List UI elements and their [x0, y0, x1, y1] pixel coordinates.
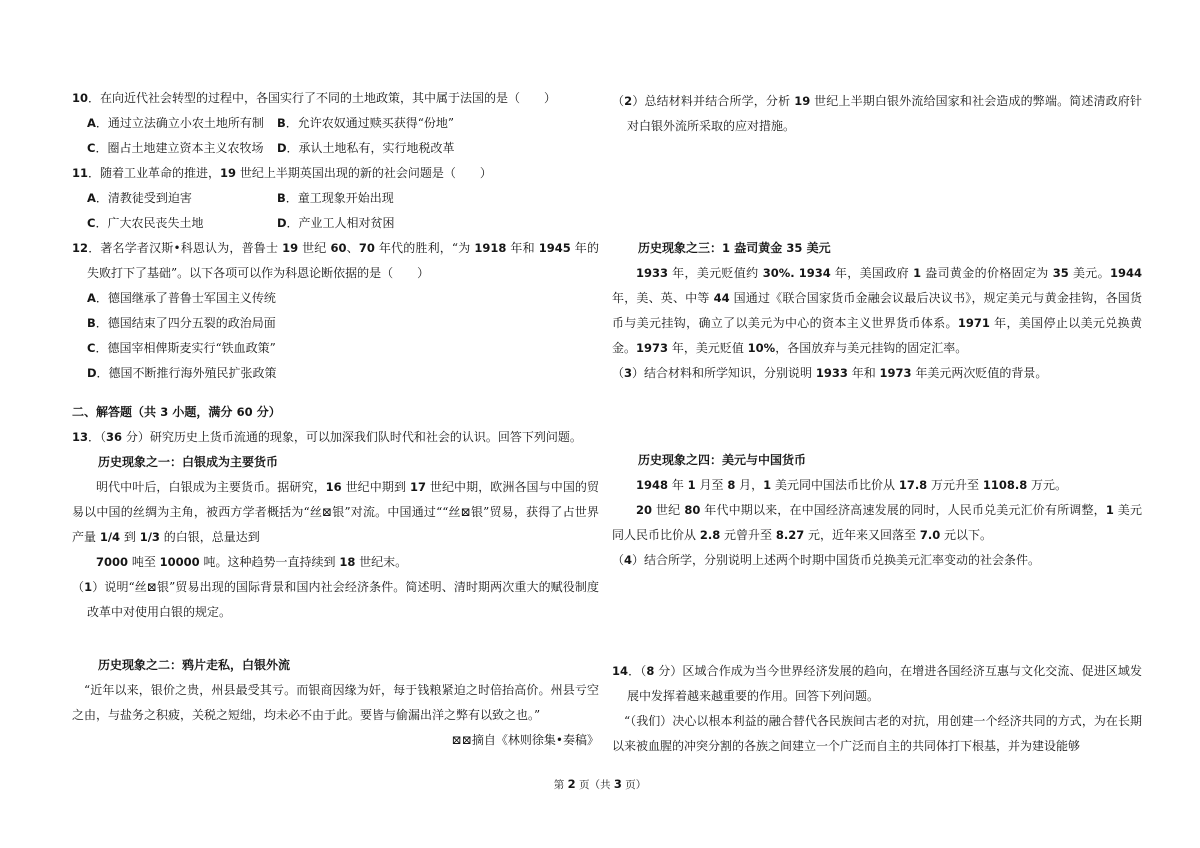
question-10-options-cd: C．圈占土地建立资本主义农牧场 D．承认土地私有，实行地税改革 — [72, 136, 599, 161]
question-12-option-c: C．德国宰相俾斯麦实行“铁血政策” — [72, 336, 599, 361]
question-13-material-2-heading: 历史现象之二：鸦片走私，白银外流 — [72, 653, 599, 678]
question-13-intro: 13．（36 分）研究历史上货币流通的现象，可以加深我们队时代和社会的认识。回答… — [72, 425, 599, 450]
question-11-option-b: B．童工现象开始出现 — [277, 186, 394, 211]
question-11-option-a: A．清教徒受到迫害 — [87, 186, 277, 211]
question-11-options-cd: C．广大农民丧失土地 D．产业工人相对贫困 — [72, 211, 599, 236]
question-10-option-b: B．允许农奴通过赎买获得“份地” — [277, 111, 454, 136]
page-number-text: 第 2 页（共 3 页） — [554, 779, 646, 791]
exam-page: { "left": { "q10": { "stem": "10．在向近代社会转… — [0, 0, 1200, 848]
question-13-subquestion-4: （4）结合所学，分别说明上述两个时期中国货币兑换美元汇率变动的社会条件。 — [612, 548, 1142, 573]
question-11-option-d: D．产业工人相对贫困 — [277, 211, 395, 236]
question-13-material-1-heading: 历史现象之一：白银成为主要货币 — [72, 450, 599, 475]
question-13-material-1-paragraph-2: 7000 吨至 10000 吨。这种趋势一直持续到 18 世纪末。 — [72, 550, 599, 575]
question-13-subquestion-2: （2）总结材料并结合所学，分析 19 世纪上半期白银外流给国家和社会造成的弊端。… — [612, 89, 1142, 139]
section-2-title: 二、解答题（共 3 小题，满分 60 分） — [72, 400, 599, 425]
question-10-options-ab: A．通过立法确立小农土地所有制 B．允许农奴通过赎买获得“份地” — [72, 111, 599, 136]
question-10-option-a: A．通过立法确立小农土地所有制 — [87, 111, 277, 136]
question-13-subquestion-1: （1）说明“丝⊠银”贸易出现的国际背景和国内社会经济条件。简述明、清时期两次重大… — [72, 575, 599, 625]
question-10-option-c: C．圈占土地建立资本主义农牧场 — [87, 136, 277, 161]
question-14-intro: 14．（8 分）区域合作成为当今世界经济发展的趋向，在增进各国经济互惠与文化交流… — [612, 659, 1142, 709]
page-number-footer: 第 2 页（共 3 页） — [0, 777, 1200, 792]
question-12-option-a: A．德国继承了普鲁士军国主义传统 — [72, 286, 599, 311]
question-12-option-d: D．德国不断推行海外殖民扩张政策 — [72, 361, 599, 386]
question-11-options-ab: A．清教徒受到迫害 B．童工现象开始出现 — [72, 186, 599, 211]
question-14-quote: “（我们）决心以根本利益的融合替代各民族间古老的对抗，用创建一个经济共同的方式，… — [612, 709, 1142, 759]
question-13-material-4-paragraph-1: 1948 年 1 月至 8 月，1 美元同中国法币比价从 17.8 万元升至 1… — [612, 473, 1142, 498]
question-13-material-4-paragraph-2: 20 世纪 80 年代中期以来，在中国经济高速发展的同时，人民币兑美元汇价有所调… — [612, 498, 1142, 548]
question-13-subquestion-3: （3）结合材料和所学知识，分别说明 1933 年和 1973 年美元两次贬值的背… — [612, 361, 1142, 386]
question-13-material-4-heading: 历史现象之四：美元与中国货币 — [612, 448, 1142, 473]
question-12-stem: 12．著名学者汉斯•科恩认为，普鲁士 19 世纪 60、70 年代的胜利，“为 … — [72, 236, 599, 286]
question-13-material-3-heading: 历史现象之三：1 盎司黄金 35 美元 — [612, 236, 1142, 261]
question-13-material-3-paragraph: 1933 年，美元贬值约 30%. 1934 年，美国政府 1 盎司黄金的价格固… — [612, 261, 1142, 361]
question-10-option-d: D．承认土地私有，实行地税改革 — [277, 136, 455, 161]
left-column: 10．在向近代社会转型的过程中，各国实行了不同的土地政策，其中属于法国的是（ ）… — [72, 86, 599, 753]
right-column: （2）总结材料并结合所学，分析 19 世纪上半期白银外流给国家和社会造成的弊端。… — [612, 89, 1142, 759]
question-10-stem: 10．在向近代社会转型的过程中，各国实行了不同的土地政策，其中属于法国的是（ ） — [72, 86, 599, 111]
question-12-option-b: B．德国结束了四分五裂的政治局面 — [72, 311, 599, 336]
question-13-material-2-source: ⊠⊠摘自《林则徐集•奏稿》 — [72, 728, 599, 753]
question-11-option-c: C．广大农民丧失土地 — [87, 211, 277, 236]
question-13-material-2-quote: “近年以来，银价之贵，州县最受其亏。而银商因缘为奸，每于钱粮紧迫之时倍抬高价。州… — [72, 678, 599, 728]
question-11-stem: 11．随着工业革命的推进，19 世纪上半期英国出现的新的社会问题是（ ） — [72, 161, 599, 186]
question-13-material-1-paragraph: 明代中叶后，白银成为主要货币。据研究，16 世纪中期到 17 世纪中期，欧洲各国… — [72, 475, 599, 550]
